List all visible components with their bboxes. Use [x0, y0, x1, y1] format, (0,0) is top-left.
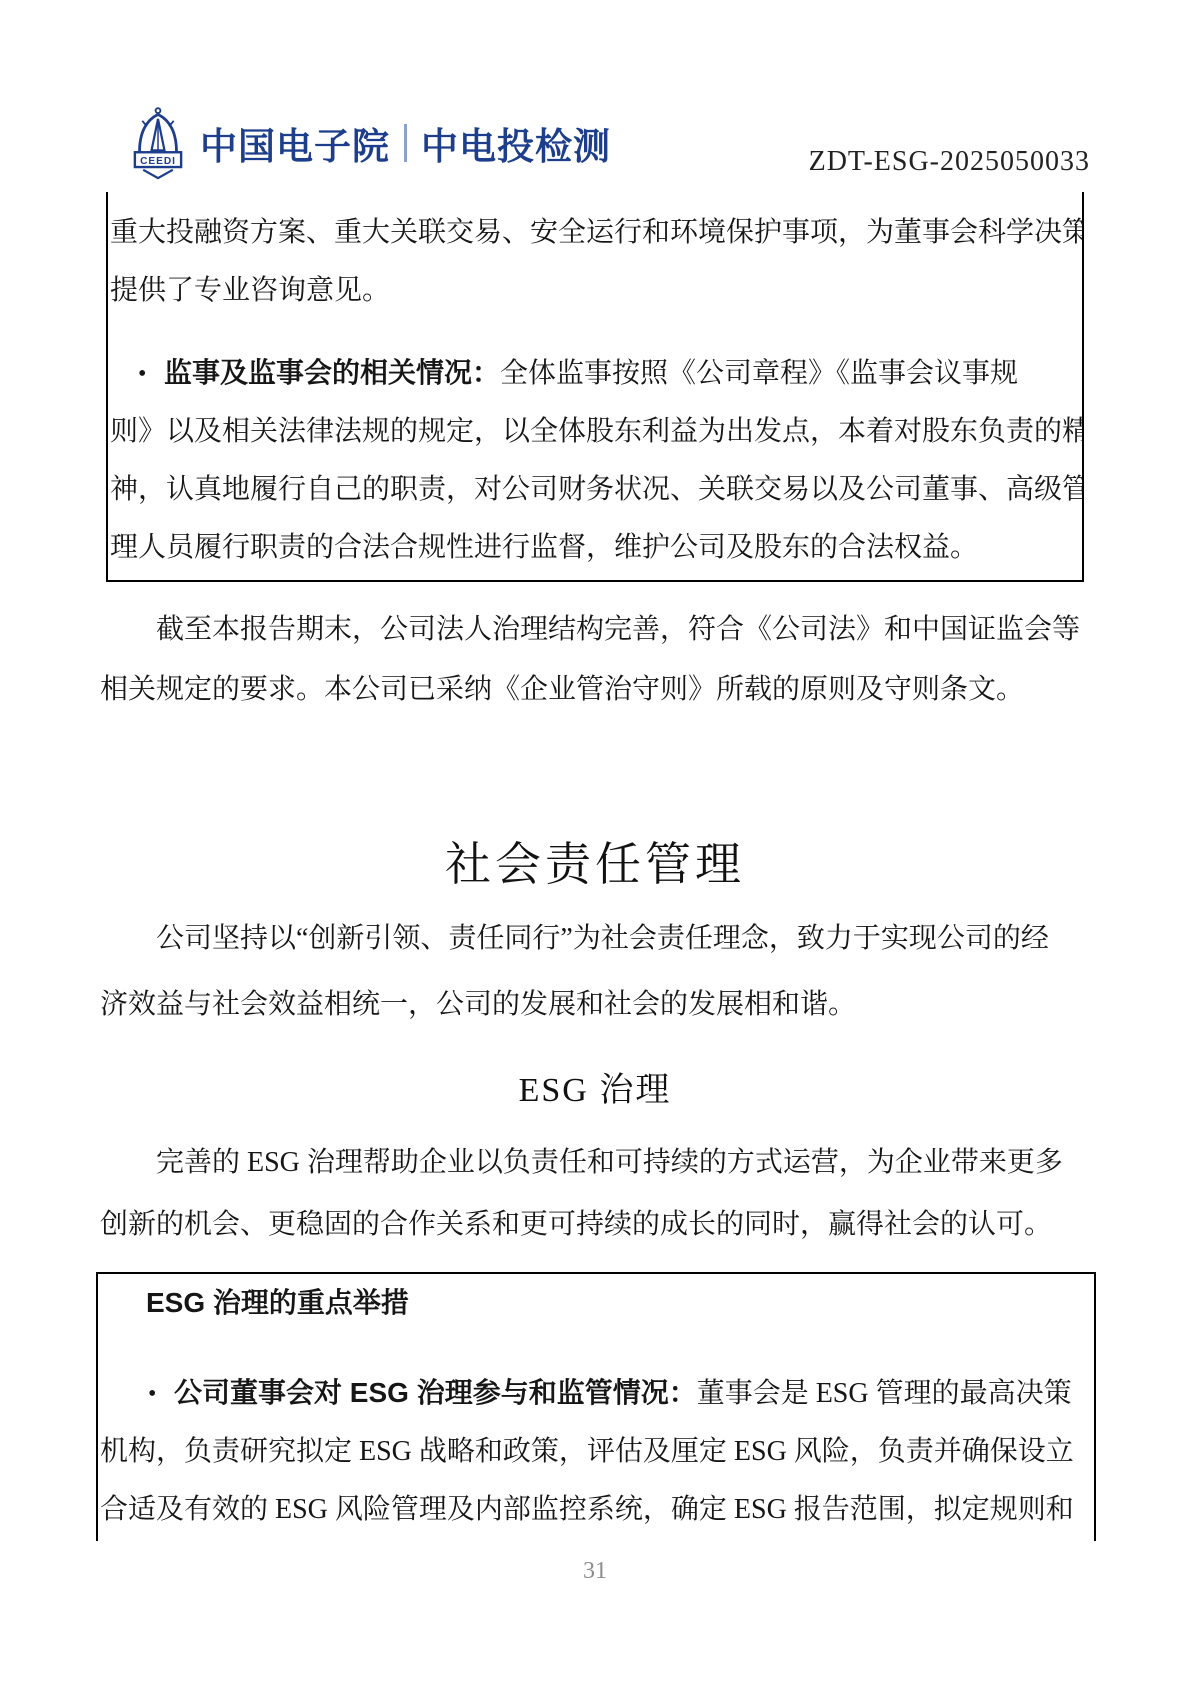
- paragraph: 重大投融资方案、重大关联交易、安全运行和环境保护事项，为董事会科学决策 提供了专…: [110, 204, 1080, 320]
- text-line: 创新的机会、更稳固的合作关系和更可持续的成长的同时，赢得社会的认可。: [100, 1194, 1090, 1256]
- logo-divider: [404, 124, 407, 162]
- bullet-bold-label: 监事及监事会的相关情况：: [164, 357, 500, 388]
- document-page: CEEDI 中国电子院 中电投检测 ZDT-ESG-2025050033 重大投…: [0, 0, 1190, 1683]
- text-line: 相关规定的要求。本公司已采纳《企业管治守则》所载的原则及守则条文。: [100, 660, 1090, 720]
- governance-summary-paragraph: 截至本报告期末，公司法人治理结构完善，符合《公司法》和中国证监会等 相关规定的要…: [100, 600, 1090, 720]
- company-name-primary: 中国电子院: [200, 116, 390, 170]
- document-number: ZDT-ESG-2025050033: [809, 146, 1090, 178]
- text-line: 济效益与社会效益相统一，公司的发展和社会的发展相和谐。: [100, 972, 1090, 1038]
- text-line: 则》以及相关法律法规的规定，以全体股东利益为出发点，本着对股东负责的精: [110, 403, 1080, 461]
- company-name: 中国电子院 中电投检测: [200, 116, 611, 170]
- governance-detail-box: 重大投融资方案、重大关联交易、安全运行和环境保护事项，为董事会科学决策 提供了专…: [106, 192, 1084, 582]
- text-line: 神，认真地履行自己的职责，对公司财务状况、关联交易以及公司董事、高级管: [110, 461, 1080, 519]
- text-line: 完善的 ESG 治理帮助企业以负责任和可持续的方式运营，为企业带来更多: [100, 1132, 1090, 1194]
- company-name-secondary: 中电投检测: [421, 116, 611, 170]
- bullet-icon: •: [148, 1365, 174, 1423]
- esg-governance-paragraph: 完善的 ESG 治理帮助企业以负责任和可持续的方式运营，为企业带来更多 创新的机…: [100, 1132, 1090, 1256]
- bullet-icon: •: [138, 345, 164, 403]
- text-line: 重大投融资方案、重大关联交易、安全运行和环境保护事项，为董事会科学决策: [110, 204, 1080, 262]
- bullet-text: 全体监事按照《公司章程》《监事会议事规: [500, 358, 1018, 389]
- text-line: •公司董事会对 ESG 治理参与和监管情况：董事会是 ESG 管理的最高决策: [100, 1364, 1092, 1423]
- section-title-esg-governance: ESG 治理: [0, 1062, 1190, 1111]
- text-line: 截至本报告期末，公司法人治理结构完善，符合《公司法》和中国证监会等: [100, 600, 1090, 660]
- bullet-text: 董事会是 ESG 管理的最高决策: [697, 1378, 1072, 1409]
- esg-measures-box-title: ESG 治理的重点举措: [100, 1288, 1092, 1318]
- text-line: 理人员履行职责的合法合规性进行监督，维护公司及股东的合法权益。: [110, 519, 1080, 577]
- company-logo: CEEDI 中国电子院 中电投检测: [130, 106, 611, 180]
- esg-key-measures-box: ESG 治理的重点举措 •公司董事会对 ESG 治理参与和监管情况：董事会是 E…: [96, 1272, 1096, 1541]
- ceedi-emblem-icon: CEEDI: [130, 106, 186, 180]
- supervisors-bullet-item: •监事及监事会的相关情况：全体监事按照《公司章程》《监事会议事规 则》以及相关法…: [110, 344, 1080, 577]
- section-title-social-responsibility: 社会责任管理: [0, 828, 1190, 894]
- page-number: 31: [0, 1558, 1190, 1585]
- social-responsibility-paragraph: 公司坚持以“创新引领、责任同行”为社会责任理念，致力于实现公司的经 济效益与社会…: [100, 906, 1090, 1038]
- text-line: 公司坚持以“创新引领、责任同行”为社会责任理念，致力于实现公司的经: [100, 906, 1090, 972]
- page-header: CEEDI 中国电子院 中电投检测 ZDT-ESG-2025050033: [0, 0, 1190, 192]
- bullet-bold-label: 公司董事会对 ESG 治理参与和监管情况：: [174, 1377, 697, 1408]
- text-line: 合适及有效的 ESG 风险管理及内部监控系统，确定 ESG 报告范围，拟定规则和: [100, 1481, 1092, 1539]
- text-line: 提供了专业咨询意见。: [110, 262, 1080, 320]
- svg-text:CEEDI: CEEDI: [140, 156, 176, 167]
- text-line: •监事及监事会的相关情况：全体监事按照《公司章程》《监事会议事规: [110, 344, 1080, 403]
- board-esg-bullet-item: •公司董事会对 ESG 治理参与和监管情况：董事会是 ESG 管理的最高决策 机…: [100, 1364, 1092, 1539]
- text-line: 机构，负责研究拟定 ESG 战略和政策，评估及厘定 ESG 风险，负责并确保设立: [100, 1423, 1092, 1481]
